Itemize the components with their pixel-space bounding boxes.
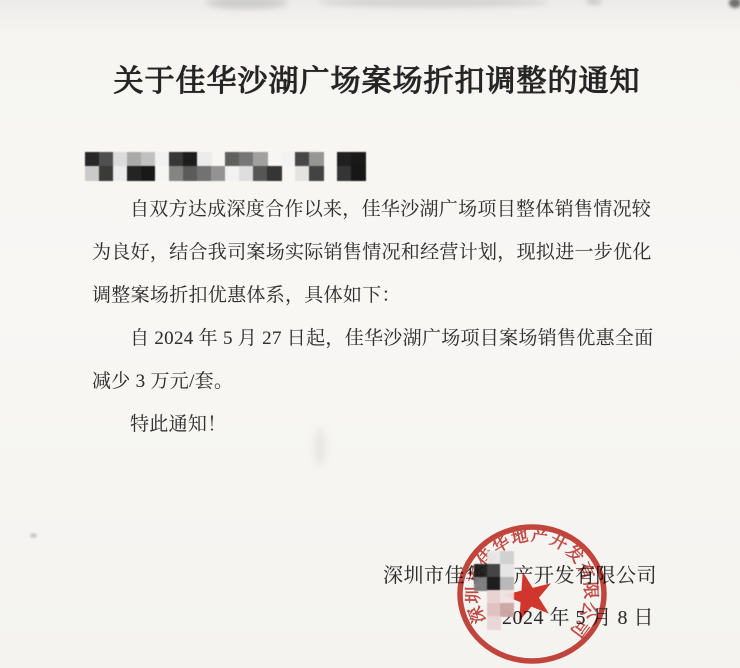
censor-cell bbox=[500, 603, 514, 617]
censor-cell bbox=[211, 166, 226, 181]
document-page: 关于佳华沙湖广场案场折扣调整的通知 自双方达成深度合作以来，佳华沙湖广场项目整体… bbox=[0, 0, 740, 668]
censor-cell bbox=[253, 152, 268, 167]
censor-cell bbox=[351, 152, 366, 167]
censor-cell bbox=[500, 590, 514, 604]
censor-cell bbox=[113, 152, 128, 167]
censor-cell bbox=[197, 166, 212, 181]
censor-cell bbox=[474, 577, 488, 591]
censor-cell bbox=[239, 166, 254, 181]
censor-cell bbox=[487, 603, 501, 617]
censor-cell bbox=[169, 166, 184, 181]
censor-cell bbox=[337, 166, 352, 181]
censor-cell bbox=[85, 152, 100, 167]
body-line: 自 2024 年 5 月 27 日起，佳华沙湖广场项目案场销售优惠全面 bbox=[92, 326, 654, 352]
censor-cell bbox=[337, 152, 352, 167]
censor-cell bbox=[141, 152, 156, 167]
censor-cell bbox=[85, 166, 100, 181]
censor-cell bbox=[155, 166, 170, 181]
censor-cell bbox=[487, 616, 501, 630]
body-line: 自双方达成深度合作以来，佳华沙湖广场项目整体销售情况较 bbox=[92, 197, 651, 223]
censor-cell bbox=[281, 152, 296, 167]
censor-cell bbox=[99, 152, 114, 167]
censor-cell bbox=[113, 166, 128, 181]
censor-cell bbox=[351, 166, 366, 181]
censor-cell bbox=[309, 152, 324, 167]
censor-cell bbox=[155, 152, 170, 167]
scan-smudge bbox=[30, 533, 37, 538]
censor-cell bbox=[487, 551, 501, 565]
censor-signature bbox=[474, 551, 513, 629]
censor-cell bbox=[500, 551, 514, 565]
censor-cell bbox=[487, 564, 501, 578]
censor-recipient bbox=[85, 152, 365, 180]
document-title: 关于佳华沙湖广场案场折扣调整的通知 bbox=[0, 56, 740, 100]
body-line: 特此通知！ bbox=[92, 412, 227, 438]
body-line: 调整案场折扣优惠体系，具体如下： bbox=[92, 283, 401, 309]
scan-smudge bbox=[586, 0, 602, 5]
body-line: 减少 3 万元/套。 bbox=[92, 369, 233, 395]
censor-cell bbox=[127, 152, 142, 167]
censor-cell bbox=[197, 152, 212, 167]
censor-cell bbox=[141, 166, 156, 181]
censor-cell bbox=[183, 152, 198, 167]
censor-cell bbox=[225, 166, 240, 181]
scan-smudge bbox=[315, 428, 325, 466]
censor-cell bbox=[267, 166, 282, 181]
censor-cell bbox=[295, 166, 310, 181]
scan-smudge bbox=[729, 0, 740, 8]
censor-cell bbox=[225, 152, 240, 167]
censor-cell bbox=[500, 577, 514, 591]
censor-cell bbox=[253, 166, 268, 181]
censor-cell bbox=[309, 166, 324, 181]
scan-smudge bbox=[206, 0, 288, 9]
censor-cell bbox=[487, 577, 501, 591]
censor-cell bbox=[474, 564, 488, 578]
censor-cell bbox=[99, 166, 114, 181]
censor-cell bbox=[183, 166, 198, 181]
censor-cell bbox=[169, 152, 184, 167]
censor-cell bbox=[295, 152, 310, 167]
censor-cell bbox=[500, 564, 514, 578]
censor-cell bbox=[127, 166, 142, 181]
censor-cell bbox=[239, 152, 254, 167]
censor-cell bbox=[487, 590, 501, 604]
scan-smudge bbox=[318, 0, 548, 7]
body-line: 为良好，结合我司案场实际销售情况和经营计划，现拟进一步优化 bbox=[92, 240, 652, 266]
